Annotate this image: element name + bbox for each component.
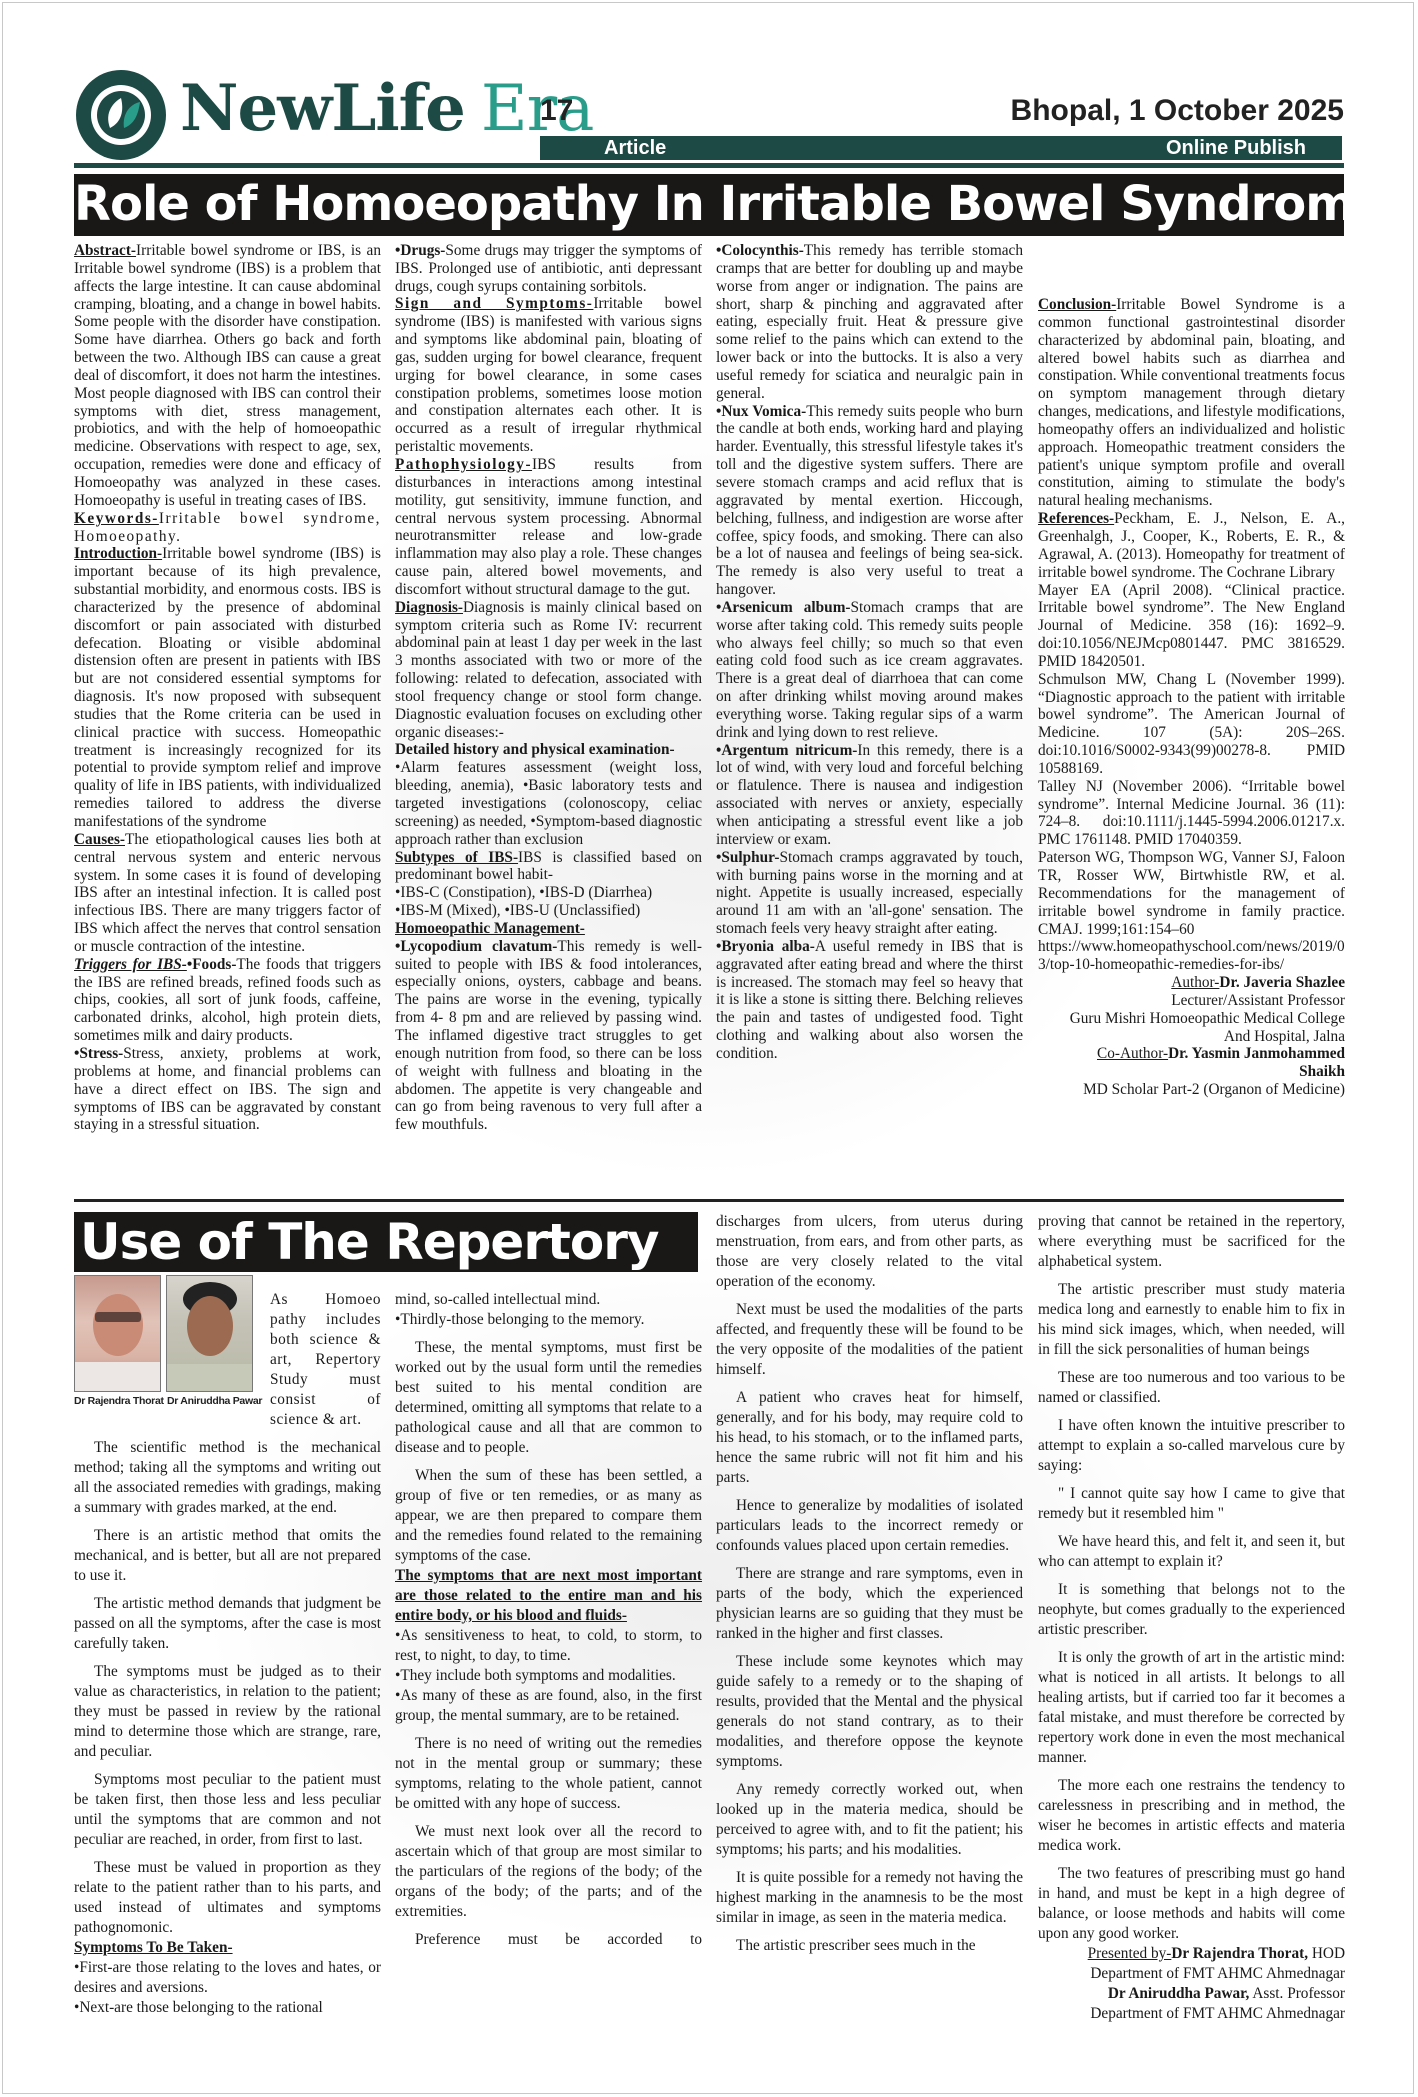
author-name: Dr. Javeria Shazlee (1219, 974, 1345, 991)
presenter-role: HOD (1308, 1945, 1345, 1962)
reference-item: Talley NJ (November 2006). “Irritable bo… (1038, 778, 1345, 849)
causes-text: The etiopathological causes lies both at… (74, 831, 381, 955)
paragraph: The two features of prescribing must go … (1038, 1864, 1345, 1944)
symptom-bullet: •First-are those relating to the loves a… (74, 1958, 381, 1998)
paragraph: The more each one restrains the tendency… (1038, 1776, 1345, 1856)
introduction-text: Irritable bowel syndrome (IBS) is import… (74, 545, 381, 830)
author-institution: Guru Mishri Homoeopathic Medical College (1038, 1010, 1345, 1028)
paragraph: Hence to generalize by modalities of iso… (716, 1496, 1023, 1556)
keywords-label: Keywords- (74, 510, 159, 527)
signs-label: Sign and Symptoms- (395, 295, 593, 312)
references-label: References- (1038, 510, 1114, 527)
paragraph: The artistic prescriber sees much in the (716, 1936, 1023, 1956)
article1-column-4: Conclusion-Irritable Bowel Syndrome is a… (1038, 296, 1345, 1099)
paragraph: There is no need of writing out the reme… (395, 1734, 702, 1814)
diagnosis-text: Diagnosis is mainly clinical based on sy… (395, 599, 702, 741)
author-institution-2: And Hospital, Jalna (1038, 1028, 1345, 1046)
article-divider (74, 1199, 1344, 1202)
presenter-name: Dr Aniruddha Pawar, (1108, 1985, 1250, 2002)
newspaper-page: NewLifeEra 17 Bhopal, 1 October 2025 Art… (0, 0, 1418, 2097)
paragraph: There is an artistic method that omits t… (74, 1526, 381, 1586)
reference-link[interactable]: https://www.homeopathyschool.com/news/20… (1038, 938, 1345, 974)
subtype-line-2: •IBS-M (Mixed), •IBS-U (Unclassified) (395, 902, 702, 920)
paragraph: I have often known the intuitive prescri… (1038, 1416, 1345, 1476)
page-number: 17 (540, 94, 573, 128)
remedy-name: •Colocynthis- (716, 242, 804, 259)
coauthor-name: Dr. Yasmin Janmohammed (1168, 1045, 1345, 1062)
paragraph: proving that cannot be retained in the r… (1038, 1212, 1345, 1272)
presenter-role: Asst. Professor (1249, 1985, 1345, 2002)
section-label-online: Online Publish (1166, 136, 1306, 160)
remedy-text: This remedy suits people who burn the ca… (716, 403, 1023, 598)
stress-label: •Stress- (74, 1045, 123, 1062)
conclusion-label: Conclusion- (1038, 296, 1116, 313)
remedy-text: A useful remedy in IBS that is aggravate… (716, 938, 1023, 1062)
abstract-label: Abstract- (74, 242, 136, 259)
article2-column-2: mind, so-called intellectual mind. •Thir… (395, 1290, 702, 1958)
article2-intro: As Homoeo pathy includes both science & … (270, 1290, 381, 1430)
coauthor-label: Co-Author- (1097, 1045, 1168, 1062)
paragraph: The scientific method is the mechanical … (74, 1438, 381, 1518)
article2-column-4: proving that cannot be retained in the r… (1038, 1212, 1345, 2024)
section-label-article: Article (604, 136, 666, 160)
history-text: •Alarm features assessment (weight loss,… (395, 759, 702, 848)
paragraph: Next must be used the modalities of the … (716, 1300, 1023, 1380)
paragraph: These, the mental symptoms, must first b… (395, 1338, 702, 1458)
paragraph: Symptoms most peculiar to the patient mu… (74, 1770, 381, 1850)
remedy-name: •Bryonia alba- (716, 938, 815, 955)
history-label: Detailed history and physical examinatio… (395, 741, 675, 758)
paragraph: Preference must be accorded to (395, 1930, 702, 1950)
diagnosis-label: Diagnosis- (395, 599, 463, 616)
article1-headline: Role of Homoeopathy In Irritable Bowel S… (74, 174, 1344, 236)
paragraph: These must be valued in proportion as th… (74, 1858, 381, 1938)
signs-text: Irritable bowel syndrome (IBS) is manife… (395, 295, 702, 455)
presented-by-label: Presented by- (1088, 1945, 1172, 1962)
reference-item: Paterson WG, Thompson WG, Vanner SJ, Fal… (1038, 849, 1345, 938)
bullet: •They include both symptoms and modaliti… (395, 1666, 702, 1686)
paragraph: It is something that belongs not to the … (1038, 1580, 1345, 1640)
author-title: Lecturer/Assistant Professor (1038, 992, 1345, 1010)
reference-item: Schmulson MW, Chang L (November 1999). “… (1038, 671, 1345, 778)
paragraph: There are strange and rare symptoms, eve… (716, 1564, 1023, 1644)
paragraph: We have heard this, and felt it, and see… (1038, 1532, 1345, 1572)
masthead-rule (74, 163, 1344, 168)
presenter-department: Department of FMT AHMC Ahmednagar (1038, 2004, 1345, 2024)
drugs-label: •Drugs- (395, 242, 445, 259)
symptom-bullet: •Next-are those belonging to the rationa… (74, 1998, 381, 2018)
paragraph: These include some keynotes which may gu… (716, 1652, 1023, 1772)
symptoms-heading: Symptoms To Be Taken- (74, 1939, 233, 1956)
conclusion-text: Irritable Bowel Syndrome is a common fun… (1038, 296, 1345, 509)
foods-label: •Foods- (187, 956, 237, 973)
article1-column-3: . •Colocynthis-This remedy has terrible … (716, 0, 1023, 1063)
paragraph: The artistic prescriber must study mater… (1038, 1280, 1345, 1360)
article2-headline: Use of The Repertory (74, 1212, 698, 1272)
paragraph: We must next look over all the record to… (395, 1822, 702, 1922)
paragraph: discharges from ulcers, from uterus duri… (716, 1212, 1023, 1292)
remedy-text: This remedy has terrible stomach cramps … (716, 242, 1023, 402)
paragraph: Any remedy correctly worked out, when lo… (716, 1780, 1023, 1860)
triggers-label: Triggers for IBS- (74, 956, 187, 973)
symptom-bullet: •Thirdly-those belonging to the memory. (395, 1310, 702, 1330)
newlife-logo-icon (74, 68, 168, 162)
symptom-bullet-cont: mind, so-called intellectual mind. (395, 1290, 702, 1310)
presenter-name: Dr Rajendra Thorat, (1171, 1945, 1308, 1962)
presenter-department: Department of FMT AHMC Ahmednagar (1038, 1964, 1345, 1984)
important-heading: The symptoms that are next most importan… (395, 1566, 702, 1626)
coauthor-name-2: Shaikh (1299, 1063, 1345, 1080)
management-label: Homoeopathic Management- (395, 920, 585, 937)
brand-new: NewLife (180, 71, 465, 146)
author-label: Author- (1171, 974, 1219, 991)
paragraph: These are too numerous and too various t… (1038, 1368, 1345, 1408)
paragraph: A patient who craves heat for himself, g… (716, 1388, 1023, 1488)
article1-column-2: - •Drugs-Some drugs may trigger the symp… (395, 224, 702, 1134)
subtypes-label: Subtypes of IBS- (395, 849, 518, 866)
paragraph: It is only the growth of art in the arti… (1038, 1648, 1345, 1768)
remedy-name: •Nux Vomica- (716, 403, 806, 420)
brand-era: Era (481, 72, 593, 146)
remedy-name: •Lycopodium clavatum- (395, 938, 557, 955)
brand-name: NewLifeEra (180, 64, 593, 154)
paragraph: It is quite possible for a remedy not ha… (716, 1868, 1023, 1928)
reference-item: Mayer EA (April 2008). “Clinical practic… (1038, 582, 1345, 671)
paragraph: The artistic method demands that judgmen… (74, 1594, 381, 1654)
remedy-name: •Arsenicum album- (716, 599, 851, 616)
remedy-name: •Argentum nitricum- (716, 742, 857, 759)
remedy-name: •Sulphur- (716, 849, 779, 866)
abstract-text: Irritable bowel syndrome or IBS, is an I… (74, 242, 381, 509)
article2-column-1: As Homoeo pathy includes both science & … (74, 1290, 381, 2018)
pathophysiology-text: IBS results from disturbances in interac… (395, 456, 702, 598)
paragraph: When the sum of these has been settled, … (395, 1466, 702, 1566)
remedy-text: Stomach cramps that are worse after taki… (716, 599, 1023, 741)
bullet: •As sensitiveness to heat, to cold, to s… (395, 1626, 702, 1666)
coauthor-title: MD Scholar Part-2 (Organon of Medicine) (1038, 1081, 1345, 1099)
causes-label: Causes- (74, 831, 125, 848)
quote: " I cannot quite say how I came to give … (1038, 1484, 1345, 1524)
dateline: Bhopal, 1 October 2025 (1011, 94, 1344, 128)
subtype-line-1: •IBS-C (Constipation), •IBS-D (Diarrhea) (395, 884, 702, 902)
introduction-label: Introduction- (74, 545, 162, 562)
article2-column-3: discharges from ulcers, from uterus duri… (716, 1212, 1023, 1964)
article1-column-1: Abstract-Irritable bowel syndrome or IBS… (74, 242, 381, 1134)
pathophysiology-label: Pathophysiology- (395, 456, 532, 473)
remedy-text: This remedy is well-suited to people wit… (395, 938, 702, 1133)
bullet: •As many of these as are found, also, in… (395, 1686, 702, 1726)
paragraph: The symptoms must be judged as to their … (74, 1662, 381, 1762)
